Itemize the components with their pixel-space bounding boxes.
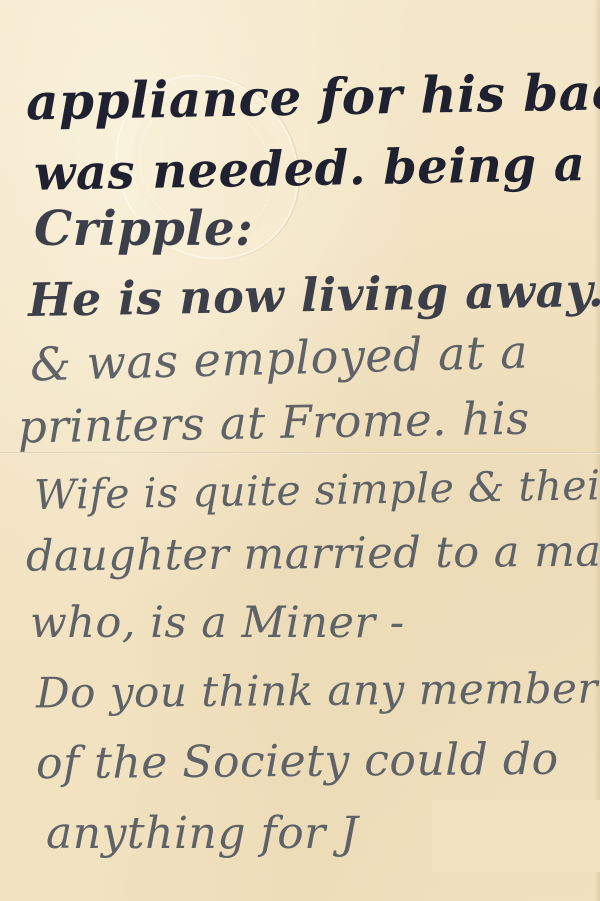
letter-line-9: who, is a Miner - bbox=[30, 602, 405, 645]
letter-line-8: daughter married to a man bbox=[26, 530, 600, 578]
letter-line-3: Cripple: bbox=[34, 205, 253, 253]
paper-patch bbox=[432, 800, 600, 872]
letter-line-1: appliance for his back bbox=[26, 66, 600, 127]
letter-line-2: was needed. being a bbox=[34, 140, 586, 198]
letter-line-11: of the Society could do bbox=[36, 738, 559, 787]
paper-edge bbox=[594, 0, 600, 901]
letter-line-7: Wife is quite simple & their bbox=[34, 465, 600, 516]
letter-line-6: printers at Frome. his bbox=[18, 396, 530, 450]
paper-fold-line bbox=[0, 452, 600, 454]
letter-page: appliance for his back was needed. being… bbox=[0, 0, 600, 901]
letter-line-10: Do you think any member bbox=[36, 668, 598, 715]
letter-line-5: & was employed at a bbox=[29, 328, 528, 387]
letter-line-12: anything for J bbox=[46, 812, 358, 856]
letter-line-4: He is now living away. bbox=[28, 267, 600, 323]
